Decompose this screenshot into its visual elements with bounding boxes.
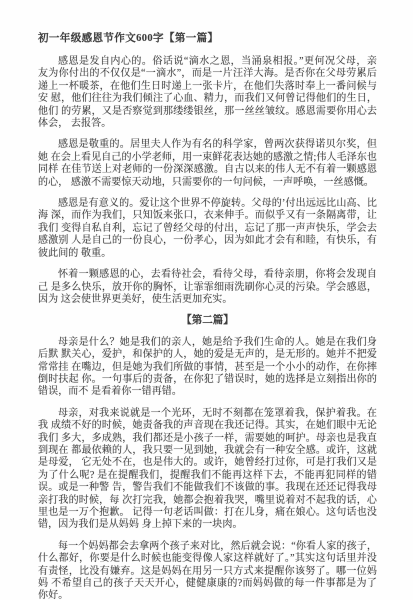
essay-paragraph: 感恩是有意义的。爱让这个世界不停旋转。父母的’付出远远比山高、比海 深，而作为我… xyxy=(38,198,377,260)
document-title: 初一年级感恩节作文600字【第一篇】 xyxy=(38,32,377,45)
essay-paragraph: 感恩是敬重的。居里夫人作为有名的科学家，曾两次获得诺贝尔奖，但她 在会上看见自己… xyxy=(38,139,377,189)
essay-paragraph: 怀着一颗感恩的心，去看待社会，看待父母，看待亲朋，你将会发现自己 是多么快乐，放… xyxy=(38,269,377,306)
section-heading-part-two: 【第二篇】 xyxy=(38,315,377,327)
essay-paragraph: 每一个妈妈都会去拿两个孩子来对比，然后就会说：“你看人家的孩子， 什么都好，你要… xyxy=(38,541,377,600)
essay-paragraph: 母亲，对我来说就是一个光环，无时不刻都在笼罩着我，保护着我。在我 成绩不好的时候… xyxy=(38,408,377,532)
essay-paragraph: 感恩是发自内心的。俗话说“滴水之恩，当涌泉相报。”更何况父母，亲 友为你付出的不… xyxy=(38,56,377,130)
document-page: 初一年级感恩节作文600字【第一篇】 感恩是发自内心的。俗话说“滴水之恩，当涌泉… xyxy=(0,0,413,600)
essay-paragraph: 母亲是什么？她是我们的亲人，她是给予我们生命的人。她是在我们身后默 默关心，爱护… xyxy=(38,337,377,399)
